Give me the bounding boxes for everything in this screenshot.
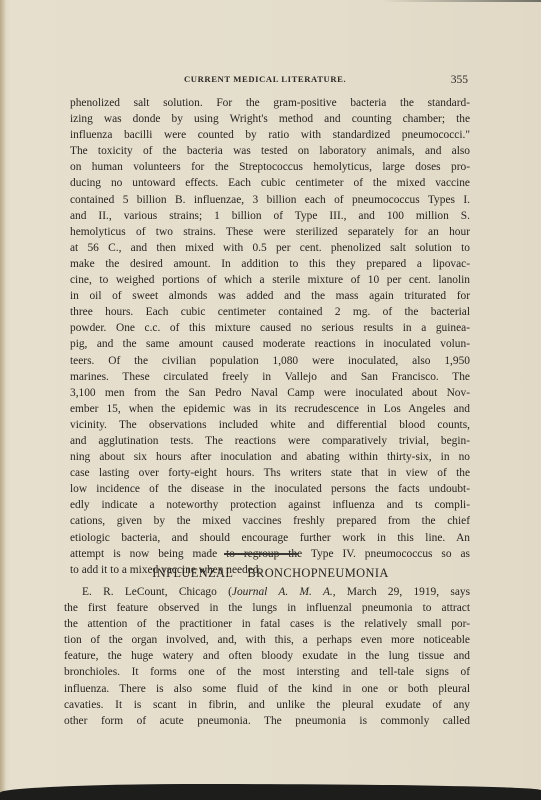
text-line: influenza. There is also some fluid of t… (64, 681, 470, 697)
text-line: 3,100 men from the San Pedro Naval Camp … (70, 385, 470, 401)
section-paragraph: E. R. LeCount, Chicago (Journal A. M. A.… (64, 584, 470, 729)
text-line: edly indicate a noteworthy protection ag… (70, 497, 470, 513)
text-line: cations, given by the mixed vaccines fre… (70, 513, 470, 529)
text-line: on human volunteers for the Streptococcu… (70, 159, 470, 175)
section-heading: INFLUENZALBRONCHOPNEUMONIA (0, 566, 541, 581)
text-line: other form of acute pneumonia. The pneum… (64, 713, 470, 729)
text-line-first: E. R. LeCount, Chicago (Journal A. M. A.… (64, 584, 470, 600)
text-line: cine, to weighed portions of which a ste… (70, 272, 470, 288)
text-line: contained 5 billion B. influenzae, 3 bil… (70, 192, 470, 208)
running-head: CURRENT MEDICAL LITERATURE. 355 (70, 74, 470, 90)
text-line: ning about six hours after inoculation a… (70, 449, 470, 465)
text-line: etiologic bacteria, and should encourage… (70, 530, 470, 546)
text-line: izing was donde by using Wright's method… (70, 111, 470, 127)
section-heading-word: INFLUENZAL (152, 566, 233, 580)
text-line: in oil of sweet almonds was added and th… (70, 288, 470, 304)
text-line: at 56 C., and then mixed with 0.5 per ce… (70, 240, 470, 256)
page-number: 355 (451, 74, 468, 86)
text-line: influenza bacilli were counted by ratio … (70, 127, 470, 143)
author-citation: E. R. LeCount, Chicago ( (82, 586, 232, 598)
text-line: phenolized salt solution. For the gram-p… (70, 95, 470, 111)
text-line: powder. One c.c. of this mixture caused … (70, 320, 470, 336)
section-heading-word: BRONCHOPNEUMONIA (247, 566, 388, 580)
text-line: cavaties. It is scant in fibrin, and unl… (64, 697, 470, 713)
text-line: tion of the organ involved, and, with th… (64, 632, 470, 648)
text-line: vicinity. The observations included whit… (70, 417, 470, 433)
text-line: ducing no untoward effects. Each cubic c… (70, 175, 470, 191)
text-line: and agglutination tests. The reactions w… (70, 433, 470, 449)
text-line: the attention of the practitioner in fat… (64, 616, 470, 632)
spine-shadow (0, 0, 6, 800)
page-top-edge (381, 0, 541, 2)
text-line: bronchioles. It forms one of the most in… (64, 664, 470, 680)
journal-title: Journal A. M. A. (232, 586, 333, 598)
text-line: and II., various strains; 1 billion of T… (70, 208, 470, 224)
text-line: marines. These circulated freely in Vall… (70, 369, 470, 385)
text-line: low incidence of the disease in the inoc… (70, 481, 470, 497)
text-line: The toxicity of the bacteria was tested … (70, 143, 470, 159)
text-line: case lasting over forty-eight hours. Ths… (70, 465, 470, 481)
page-bottom-edge (0, 784, 541, 800)
text-line: make the desired amount. In addition to … (70, 256, 470, 272)
scanned-page: CURRENT MEDICAL LITERATURE. 355 phenoliz… (0, 0, 541, 800)
continued-paragraph: phenolized salt solution. For the gram-p… (70, 95, 470, 578)
section-divider (224, 553, 298, 555)
text-line: hemolyticus of two strains. These were s… (70, 224, 470, 240)
text-line: teers. Of the civilian population 1,080 … (70, 353, 470, 369)
text-line: feature, the huge watery and often blood… (64, 648, 470, 664)
running-title: CURRENT MEDICAL LITERATURE. (184, 74, 346, 84)
text-line: ember 15, when the epidemic was in its r… (70, 401, 470, 417)
citation-date: , March 29, 1919, says (333, 586, 470, 598)
text-line: three hours. Each cubic centimeter conta… (70, 304, 470, 320)
text-line: pig, and the same amount caused moderate… (70, 336, 470, 352)
text-line: the first feature observed in the lungs … (64, 600, 470, 616)
